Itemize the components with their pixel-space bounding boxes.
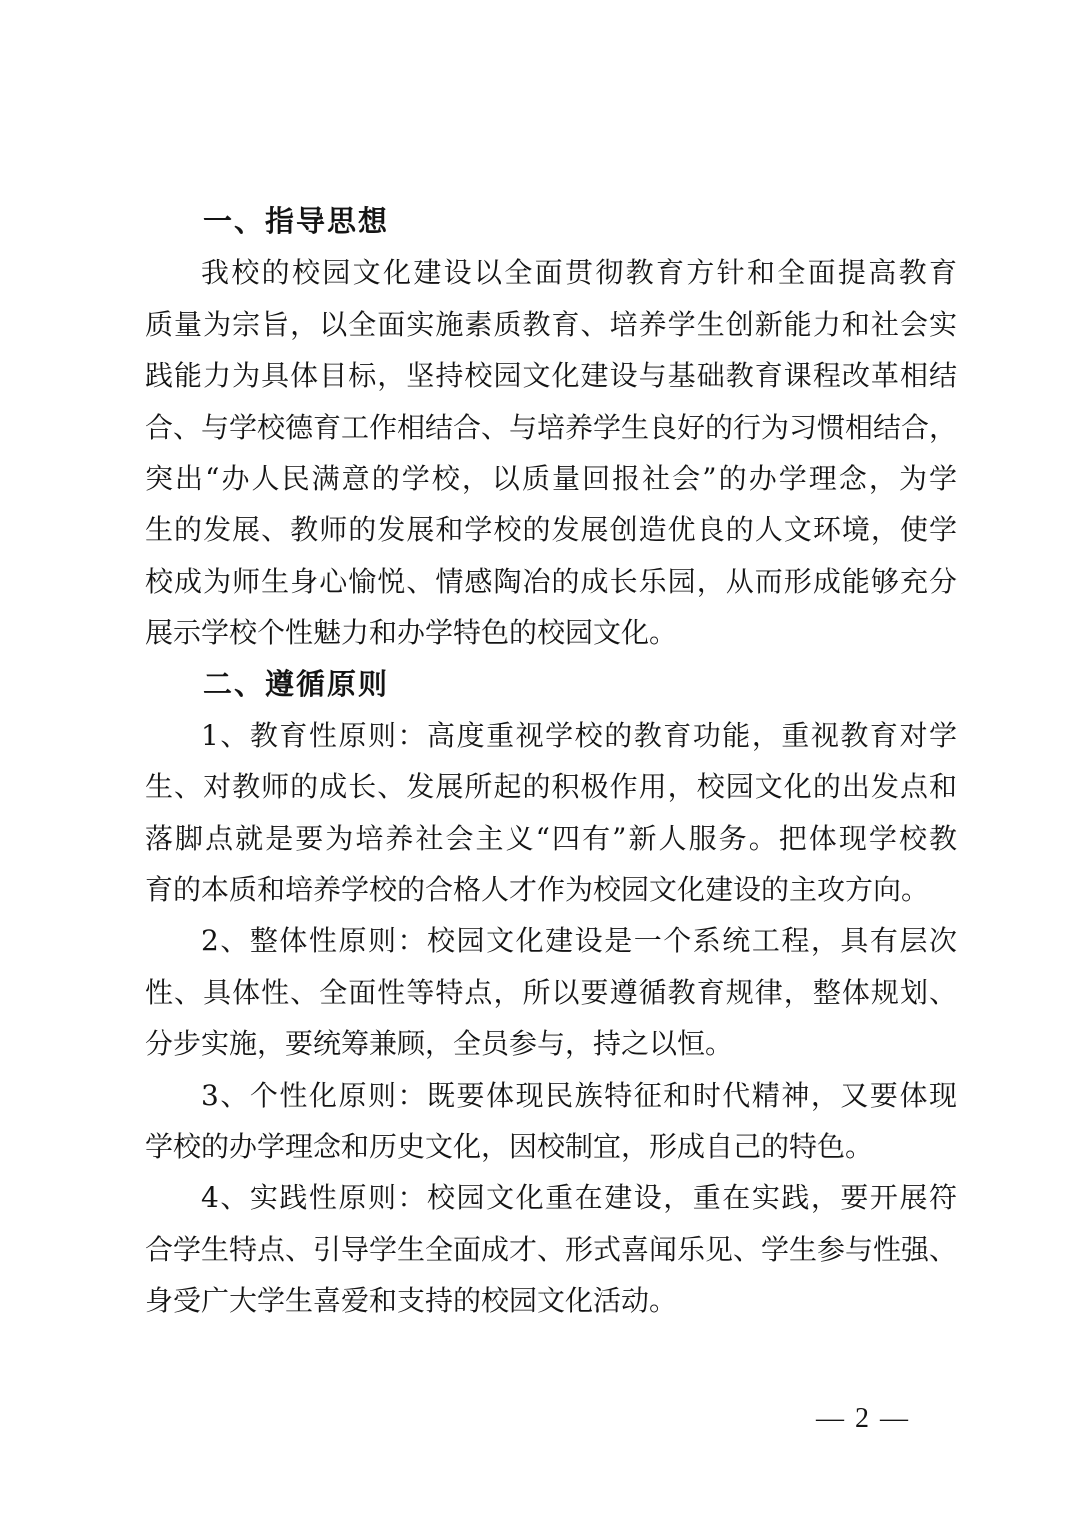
section-heading-principles: 二、遵循原则 [145, 659, 957, 710]
text-line: 生、对教师的成长、发展所起的积极作用，校园文化的出发点和 [145, 761, 957, 812]
text-line: 生的发展、教师的发展和学校的发展创造优良的人文环境，使学 [145, 504, 957, 555]
text-line: 3、个性化原则：既要体现民族特征和时代精神，又要体现 [145, 1070, 957, 1121]
text-line: 展示学校个性魅力和办学特色的校园文化。 [145, 607, 957, 658]
text-line: 合、与学校德育工作相结合、与培养学生良好的行为习惯相结合， [145, 402, 957, 453]
text-line: 身受广大学生喜爱和支持的校园文化活动。 [145, 1275, 957, 1326]
text-line: 性、具体性、全面性等特点，所以要遵循教育规律，整体规划、 [145, 967, 957, 1018]
page-number: — 2 — [816, 1401, 910, 1437]
text-line: 校成为师生身心愉悦、情感陶冶的成长乐园，从而形成能够充分 [145, 556, 957, 607]
text-line: 践能力为具体目标，坚持校园文化建设与基础教育课程改革相结 [145, 350, 957, 401]
text-line: 质量为宗旨，以全面实施素质教育、培养学生创新能力和社会实 [145, 299, 957, 350]
text-line: 我校的校园文化建设以全面贯彻教育方针和全面提高教育 [145, 247, 957, 298]
text-line: 落脚点就是要为培养社会主义“四有”新人服务。把体现学校教 [145, 813, 957, 864]
text-line: 突出“办人民满意的学校，以质量回报社会”的办学理念，为学 [145, 453, 957, 504]
text-line: 育的本质和培养学校的合格人才作为校园文化建设的主攻方向。 [145, 864, 957, 915]
document-body: 一、指导思想 我校的校园文化建设以全面贯彻教育方针和全面提高教育 质量为宗旨，以… [145, 196, 957, 1327]
text-line: 学校的办学理念和历史文化，因校制宜，形成自己的特色。 [145, 1121, 957, 1172]
section-heading-guiding-ideology: 一、指导思想 [145, 196, 957, 247]
text-line: 1、教育性原则：高度重视学校的教育功能，重视教育对学 [145, 710, 957, 761]
text-line: 分步实施，要统筹兼顾，全员参与，持之以恒。 [145, 1018, 957, 1069]
text-line: 4、实践性原则：校园文化重在建设，重在实践，要开展符 [145, 1172, 957, 1223]
document-page: 一、指导思想 我校的校园文化建设以全面贯彻教育方针和全面提高教育 质量为宗旨，以… [0, 0, 1080, 1527]
text-line: 2、整体性原则：校园文化建设是一个系统工程，具有层次 [145, 915, 957, 966]
text-line: 合学生特点、引导学生全面成才、形式喜闻乐见、学生参与性强、 [145, 1224, 957, 1275]
